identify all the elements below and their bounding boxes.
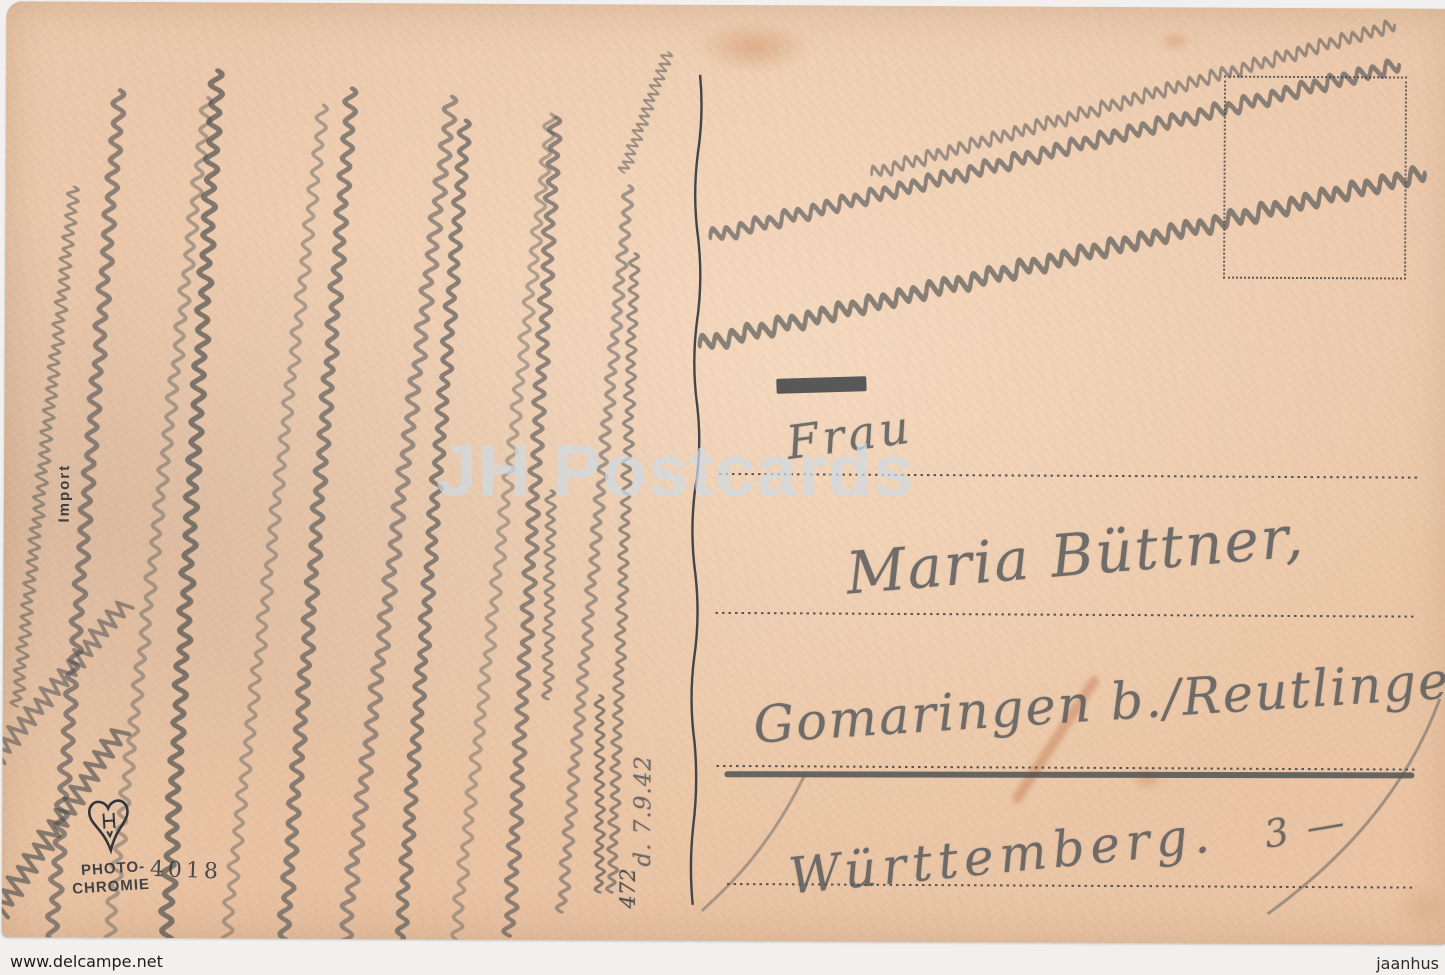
seller-watermark: jaanhus	[1376, 954, 1439, 973]
photochromie-heart-logo-icon	[85, 797, 135, 856]
postcard-scan: Import PHOTO- CHROMIE 4018 Frau Maria Bü…	[0, 0, 1445, 975]
platform-watermark: www.delcampe.net	[10, 952, 163, 971]
pencil-underline-mark	[724, 771, 1414, 778]
date-note-handwriting: d. 7.9.42	[630, 755, 657, 867]
import-mark: Import	[56, 464, 73, 523]
pencil-bar-mark	[776, 376, 866, 394]
stamp-box	[1223, 76, 1407, 280]
postcard-back: Import PHOTO- CHROMIE 4018 Frau Maria Bü…	[2, 1, 1445, 945]
card-number: 4018	[149, 857, 222, 885]
number-note-handwriting: 472	[616, 868, 640, 908]
